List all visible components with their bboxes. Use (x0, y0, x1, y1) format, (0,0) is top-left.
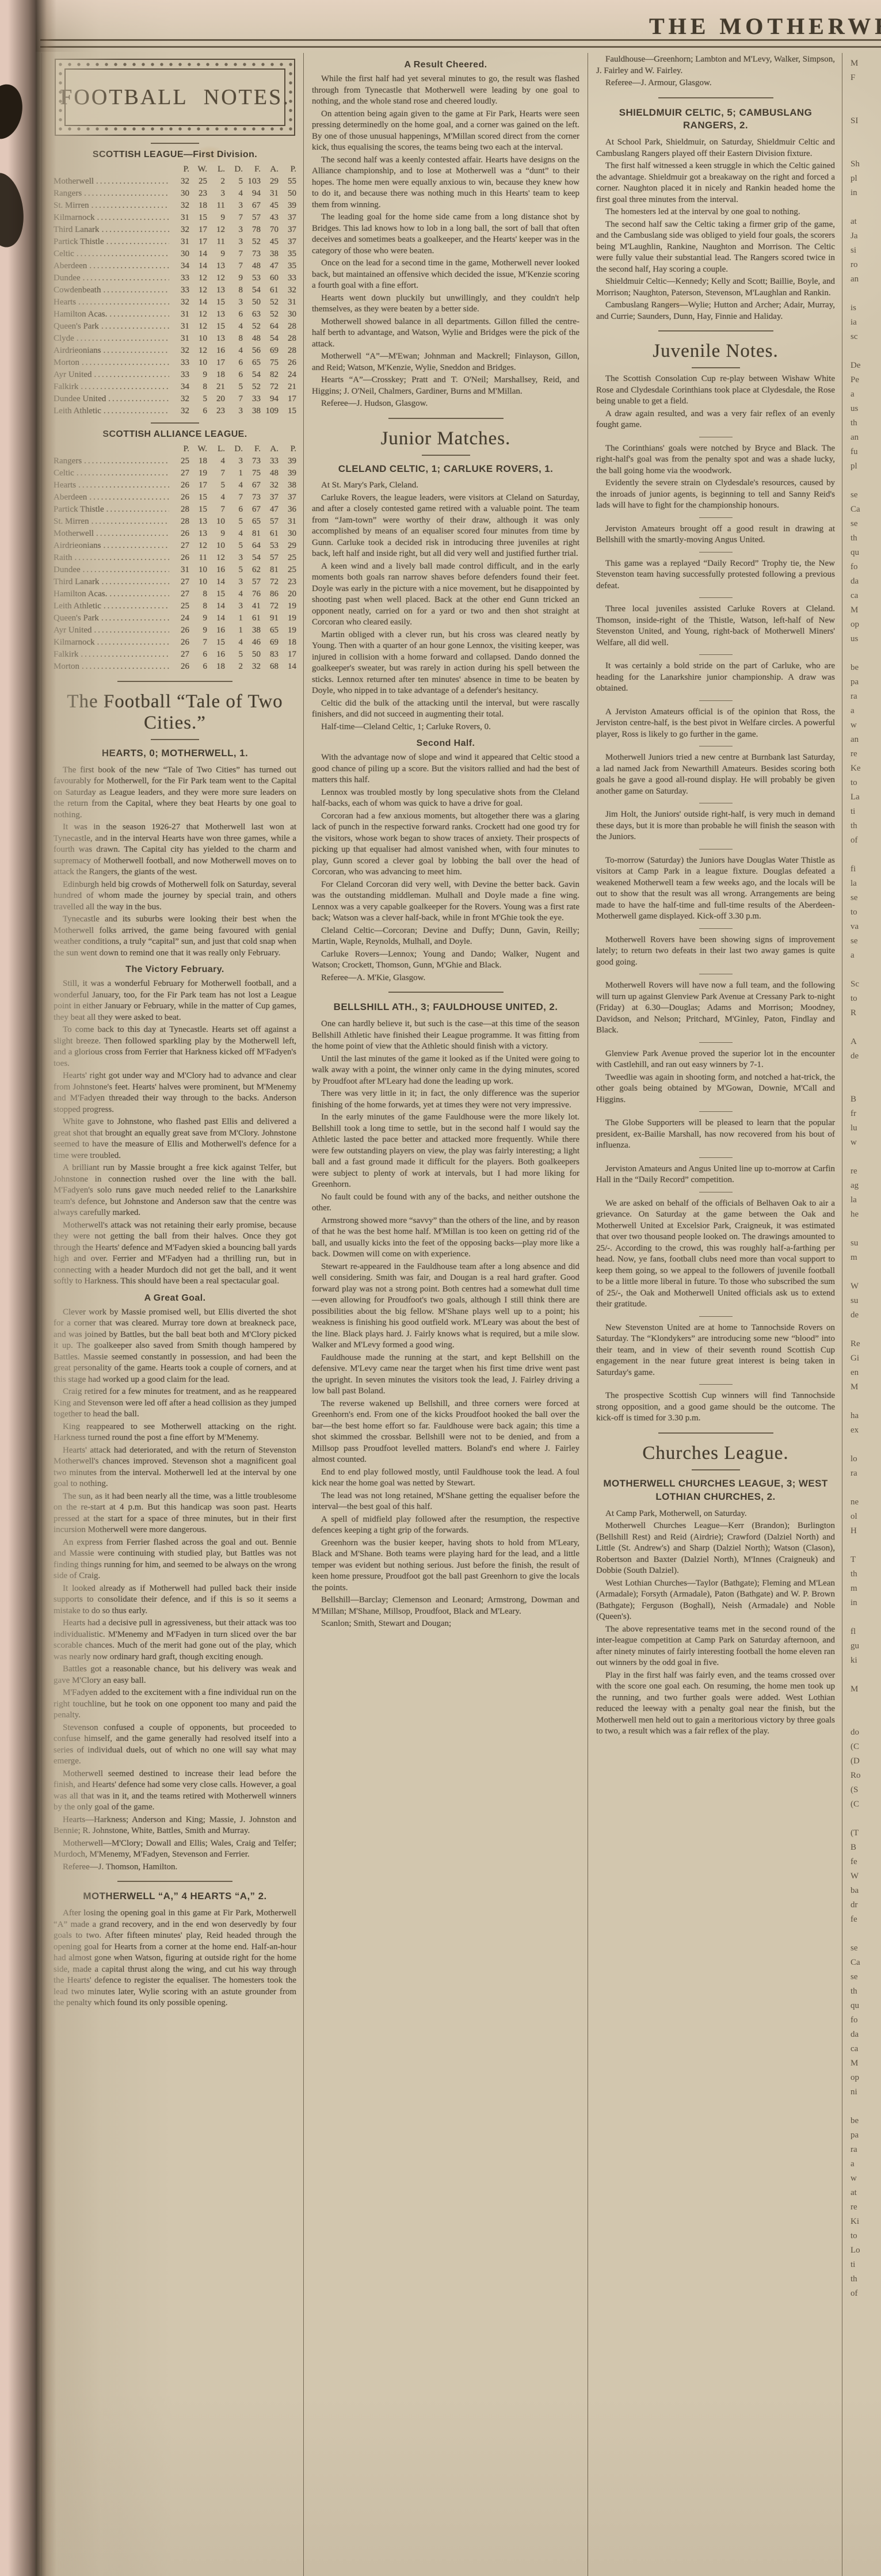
stat-value: 16 (207, 624, 225, 637)
short-divider (422, 455, 470, 456)
stat-value: 38 (243, 405, 261, 417)
stat-value: 15 (189, 491, 207, 504)
stat-value: 17 (189, 236, 207, 248)
league-table-row: Leith Athletic3262333810915 (54, 405, 296, 417)
league-table-row: Falkirk348215527221 (54, 381, 296, 393)
league-table-header: P.W.L.D.F.A.P. (54, 163, 296, 176)
league-table-row: Celtic271971754839 (54, 467, 296, 479)
stat-value: 69 (261, 345, 279, 357)
stat-value: 27 (171, 649, 189, 661)
stat-value: 45 (261, 236, 279, 248)
team-name: Airdrieonians (54, 345, 101, 357)
stat-value: 16 (207, 345, 225, 357)
stat-value: 15 (207, 637, 225, 649)
stat-value: 7 (207, 504, 225, 516)
stat-value: 26 (279, 357, 296, 369)
team-name: Hamilton Acas. (54, 588, 107, 600)
paragraph: A keen wind and a lively ball made contr… (312, 561, 579, 628)
stat-value: 13 (189, 516, 207, 528)
leader-dots (77, 333, 169, 345)
league-table-row: Airdrieonians2712105645329 (54, 540, 296, 552)
column-header: P. (171, 443, 189, 455)
stat-value: 73 (243, 491, 261, 504)
team-name: Hearts (54, 296, 76, 308)
paragraph: While the first half had yet several min… (312, 74, 579, 108)
leader-dots (78, 479, 169, 491)
stat-value: 28 (171, 504, 189, 516)
leader-dots (89, 491, 169, 504)
article-divider (658, 330, 773, 331)
team-name: Hamilton Acas. (54, 308, 107, 321)
stat-value: 10 (189, 576, 207, 588)
stat-value: 30 (279, 308, 296, 321)
stat-value: 36 (279, 504, 296, 516)
masthead-double-rule (40, 39, 881, 48)
stat-value: 9 (189, 624, 207, 637)
stat-value: 23 (279, 576, 296, 588)
stat-value: 33 (279, 272, 296, 284)
stat-value: 6 (189, 649, 207, 661)
stat-value: 3 (225, 296, 243, 308)
stat-value: 34 (171, 260, 189, 272)
column-header: D. (225, 443, 243, 455)
stat-value: 20 (279, 588, 296, 600)
team-name: Third Lanark (54, 576, 100, 588)
league-table-row: Dundee3312129536033 (54, 272, 296, 284)
team-list: Carluke Rovers—Lennox; Young and Dando; … (312, 949, 579, 971)
paragraph: The Globe Supporters will be pleased to … (596, 1118, 835, 1152)
stat-value: 19 (279, 600, 296, 612)
paragraph: Lennox was troubled mostly by long specu… (312, 787, 579, 810)
stat-value: 52 (243, 321, 261, 333)
column-header: A. (261, 443, 279, 455)
stat-value: 5 (225, 381, 243, 393)
stat-value: 9 (207, 528, 225, 540)
team-list: Motherwell “A”—M'Ewan; Johnman and Mackr… (312, 351, 579, 374)
paragraph: For Cleland Corcoran did very well, with… (312, 879, 579, 924)
cross-heading: SCOTTISH ALLIANCE LEAGUE. (54, 429, 296, 440)
article-divider (658, 1432, 773, 1434)
stat-value: 31 (171, 321, 189, 333)
stat-value: 37 (261, 491, 279, 504)
stat-value: 5 (225, 516, 243, 528)
stat-value: 46 (243, 637, 261, 649)
stat-value: 50 (243, 649, 261, 661)
paragraph: At School Park, Shieldmuir, on Saturday,… (596, 137, 835, 159)
stat-value: 8 (189, 588, 207, 600)
column-right: Fauldhouse—Greenhorn; Lambton and M'Levy… (588, 53, 842, 2576)
column-header: L. (207, 443, 225, 455)
paragraph: Until the last minutes of the game it lo… (312, 1054, 579, 1088)
football-notes-title: FOOTBALL NOTES. (60, 85, 289, 110)
column-header: P. (279, 443, 296, 455)
stat-value: 17 (207, 357, 225, 369)
stat-value: 10 (207, 540, 225, 552)
paragraph: In the early minutes of the game Fauldho… (312, 1112, 579, 1191)
column-left: FOOTBALL NOTES.SCOTTISH LEAGUE—First Div… (41, 53, 304, 2576)
leader-dots (82, 661, 169, 673)
team-list: Hearts “A”—Crosskey; Pratt and T. O'Neil… (312, 375, 579, 397)
team-list: West Lothian Churches—Taylor (Bathgate);… (596, 1578, 835, 1623)
stat-value: 12 (207, 552, 225, 564)
short-divider (692, 367, 740, 368)
stat-value: 73 (243, 248, 261, 260)
stat-value: 31 (171, 564, 189, 576)
leader-dots (96, 528, 169, 540)
paragraph: A spell of midfield play followed after … (312, 1514, 579, 1537)
stat-value: 67 (243, 504, 261, 516)
team-name: Celtic (54, 467, 74, 479)
note-divider (699, 552, 733, 552)
stat-value: 26 (171, 624, 189, 637)
team-name: Motherwell (54, 176, 94, 188)
stat-value: 32 (243, 661, 261, 673)
team-name: Aberdeen (54, 260, 87, 272)
stat-value: 7 (225, 212, 243, 224)
stat-value: 70 (261, 224, 279, 236)
stat-value: 32 (171, 200, 189, 212)
cross-heading: SCOTTISH LEAGUE—First Division. (54, 150, 296, 160)
stat-value: 15 (207, 588, 225, 600)
stat-value: 12 (189, 321, 207, 333)
note-divider (699, 597, 733, 598)
paragraph: It was in the season 1926-27 that Mother… (54, 822, 296, 878)
column-header: P. (171, 163, 189, 176)
stat-value: 32 (261, 479, 279, 491)
stat-value: 31 (171, 308, 189, 321)
stat-value: 55 (279, 176, 296, 188)
paragraph: The above representative teams met in th… (596, 1624, 835, 1669)
leader-dots (78, 296, 169, 308)
team-name: Partick Thistle (54, 236, 104, 248)
league-table-row: Kilmarnock267154466918 (54, 637, 296, 649)
match-result-heading: MOTHERWELL CHURCHES LEAGUE, 3; WEST LOTH… (600, 1477, 832, 1504)
stat-value: 3 (207, 188, 225, 200)
stat-value: 5 (207, 479, 225, 491)
stat-value: 26 (171, 552, 189, 564)
paragraph: At Camp Park, Motherwell, on Saturday. (596, 1508, 835, 1520)
stat-value: 57 (261, 552, 279, 564)
paragraph: No fault could be found with any of the … (312, 1192, 579, 1214)
paragraph: To come back to this day at Tynecastle. … (54, 1024, 296, 1069)
match-result-heading: CLELAND CELTIC, 1; CARLUKE ROVERS, 1. (315, 463, 576, 476)
leader-dots (109, 308, 169, 321)
team-list: Cleland Celtic—Corcoran; Devine and Duff… (312, 925, 579, 948)
stat-value: 57 (261, 516, 279, 528)
paragraph: The Corinthians' goals were notched by B… (596, 443, 835, 477)
leader-dots (104, 405, 169, 417)
stat-value: 50 (279, 188, 296, 200)
stat-value: 61 (243, 612, 261, 624)
paragraph: An express from Ferrier flashed across t… (54, 1537, 296, 1582)
header-spacer (54, 163, 171, 176)
referee-line: Referee—A. M'Kie, Glasgow. (312, 973, 579, 984)
match-result-heading: HEARTS, 0; MOTHERWELL, 1. (57, 747, 293, 760)
stat-value: 27 (171, 540, 189, 552)
stat-value: 2 (207, 176, 225, 188)
stat-value: 39 (279, 455, 296, 467)
league-table-row: Hamilton Acas.278154768620 (54, 588, 296, 600)
league-table-row: Aberdeen3414137484735 (54, 260, 296, 272)
stat-value: 33 (171, 357, 189, 369)
stat-value: 6 (189, 405, 207, 417)
stat-value: 39 (279, 467, 296, 479)
stat-value: 19 (279, 612, 296, 624)
stat-value: 5 (225, 540, 243, 552)
match-result-heading: BELLSHILL ATH., 3; FAULDHOUSE UNITED, 2. (315, 1001, 576, 1014)
leader-dots (94, 624, 169, 637)
note-divider (699, 974, 733, 974)
leader-dots (106, 504, 169, 516)
team-name: Leith Athletic (54, 600, 101, 612)
paragraph: Corcoran had a few anxious moments, but … (312, 811, 579, 878)
section-heading: Junior Matches. (312, 428, 579, 449)
stat-value: 94 (243, 188, 261, 200)
team-name: Dundee (54, 272, 81, 284)
team-list: Fauldhouse—Greenhorn; Lambton and M'Levy… (596, 54, 835, 77)
stat-value: 35 (279, 260, 296, 272)
leader-dots (83, 272, 169, 284)
referee-line: Referee—J. Armour, Glasgow. (596, 78, 835, 89)
paragraph: A brilliant run by Massie brought a free… (54, 1163, 296, 1219)
column-header: F. (243, 163, 261, 176)
stat-value: 24 (279, 369, 296, 381)
stat-value: 17 (279, 393, 296, 405)
stat-value: 45 (261, 200, 279, 212)
paragraph: Evidently the severe strain on Clydesdal… (596, 478, 835, 512)
league-table-row: Third Lanark2710143577223 (54, 576, 296, 588)
paragraph: Motherwell showed balance in all departm… (312, 317, 579, 350)
paragraph: New Stevenston United are at home to Tan… (596, 1323, 835, 1379)
stat-value: 31 (171, 236, 189, 248)
paragraph: Jim Holt, the Juniors' outside right-hal… (596, 809, 835, 843)
stat-value: 11 (207, 236, 225, 248)
league-table-header: P.W.L.D.F.A.P. (54, 443, 296, 455)
stat-value: 94 (261, 393, 279, 405)
section-heading: Juvenile Notes. (596, 341, 835, 362)
stat-value: 41 (243, 600, 261, 612)
stat-value: 21 (279, 381, 296, 393)
article-divider (388, 992, 504, 993)
stat-value: 15 (207, 296, 225, 308)
note-divider (699, 928, 733, 929)
stat-value: 5 (225, 649, 243, 661)
paragraph: To-morrow (Saturday) the Juniors have Do… (596, 855, 835, 923)
stat-value: 83 (261, 649, 279, 661)
stat-value: 14 (207, 612, 225, 624)
leader-dots (103, 284, 169, 296)
stat-value: 53 (243, 272, 261, 284)
paragraph: With the advantage now of slope and wind… (312, 752, 579, 786)
stat-value: 19 (189, 467, 207, 479)
masthead-title: THE MOTHERWELL (649, 13, 881, 40)
stat-value: 16 (207, 564, 225, 576)
stat-value: 18 (189, 200, 207, 212)
stat-value: 28 (279, 321, 296, 333)
stat-value: 6 (189, 661, 207, 673)
team-name: Celtic (54, 248, 74, 260)
stat-value: 6 (225, 504, 243, 516)
league-table: P.W.L.D.F.A.P.Motherwell3225251032955Ran… (54, 163, 296, 417)
team-name: Ayr United (54, 369, 92, 381)
leader-dots (101, 321, 169, 333)
stat-value: 76 (243, 588, 261, 600)
stat-value: 30 (171, 248, 189, 260)
stat-value: 25 (279, 552, 296, 564)
stat-value: 17 (189, 224, 207, 236)
stat-value: 9 (225, 272, 243, 284)
leader-dots (77, 248, 169, 260)
stat-value: 37 (279, 491, 296, 504)
note-divider (699, 746, 733, 746)
paragraph: Carluke Rovers, the league leaders, were… (312, 493, 579, 560)
stat-value: 4 (225, 528, 243, 540)
stat-value: 4 (207, 455, 225, 467)
stat-value: 32 (171, 405, 189, 417)
stat-value: 109 (261, 405, 279, 417)
team-name: Morton (54, 661, 79, 673)
stat-value: 3 (225, 455, 243, 467)
league-table-row: Queen's Park249141619119 (54, 612, 296, 624)
paragraph: Martin obliged with a clever run, but hi… (312, 630, 579, 697)
team-list: Motherwell Churches League—Kerr (Brandon… (596, 1521, 835, 1577)
stat-value: 7 (189, 637, 207, 649)
stat-value: 25 (279, 564, 296, 576)
paragraph: Jerviston Amateurs brought off a good re… (596, 524, 835, 546)
team-name: Rangers (54, 188, 82, 200)
league-table-row: Ayr United339186548224 (54, 369, 296, 381)
note-divider (699, 654, 733, 655)
leader-dots (108, 393, 169, 405)
team-name: Cowdenbeath (54, 284, 101, 296)
header-spacer (54, 443, 171, 455)
stat-value: 38 (279, 479, 296, 491)
note-divider (699, 1157, 733, 1158)
paragraph: Half-time—Cleland Celtic, 1; Carluke Rov… (312, 722, 579, 733)
paragraph: Fauldhouse made the running at the start… (312, 1352, 579, 1397)
stat-value: 13 (207, 308, 225, 321)
stat-value: 15 (189, 504, 207, 516)
leader-dots (94, 369, 169, 381)
paragraph: M'Fadyen added to the excitement with a … (54, 1687, 296, 1721)
paragraph: The second half was a keenly contested a… (312, 155, 579, 211)
stat-value: 33 (171, 272, 189, 284)
league-table-row: Third Lanark3217123787037 (54, 224, 296, 236)
leader-dots (102, 224, 169, 236)
league-table-row: Celtic301497733835 (54, 248, 296, 260)
stat-value: 86 (261, 588, 279, 600)
stat-value: 56 (243, 345, 261, 357)
stat-value: 52 (243, 381, 261, 393)
team-list: Cambuslang Rangers—Wylie; Hutton and Arc… (596, 300, 835, 322)
stat-value: 53 (261, 540, 279, 552)
stat-value: 91 (261, 612, 279, 624)
stat-value: 8 (225, 284, 243, 296)
stat-value: 8 (189, 381, 207, 393)
stat-value: 72 (261, 381, 279, 393)
stat-value: 14 (189, 260, 207, 272)
stat-value: 1 (225, 467, 243, 479)
paragraph: Play in the first half was fairly even, … (596, 1670, 835, 1737)
team-list: Bellshill—Barclay; Clemenson and Leonard… (312, 1595, 579, 1617)
note-divider (699, 700, 733, 701)
league-table-row: St. Mirren2813105655731 (54, 516, 296, 528)
section-heading: Churches League. (596, 1443, 835, 1464)
column-layout: FOOTBALL NOTES.SCOTTISH LEAGUE—First Div… (41, 53, 881, 2576)
team-list: Hearts—Harkness; Anderson and King; Mass… (54, 1815, 296, 1837)
team-name: Third Lanark (54, 224, 100, 236)
team-name: Raith (54, 552, 73, 564)
paragraph: End to end play followed mostly, until F… (312, 1467, 579, 1489)
stat-value: 5 (225, 564, 243, 576)
team-name: Partick Thistle (54, 504, 104, 516)
stat-value: 82 (261, 369, 279, 381)
league-table-row: Motherwell3225251032955 (54, 176, 296, 188)
team-name: Motherwell (54, 528, 94, 540)
stat-value: 68 (261, 661, 279, 673)
stat-value: 57 (243, 576, 261, 588)
paragraph: Hearts' attack had deteriorated, and wit… (54, 1445, 296, 1490)
stat-value: 65 (243, 357, 261, 369)
paragraph: Motherwell Rovers have been showing sign… (596, 935, 835, 969)
team-name: Hearts (54, 479, 76, 491)
stat-value: 26 (171, 528, 189, 540)
league-table-row: Motherwell261394816130 (54, 528, 296, 540)
stat-value: 47 (261, 504, 279, 516)
stat-value: 62 (243, 564, 261, 576)
stat-value: 29 (261, 176, 279, 188)
stat-value: 65 (243, 516, 261, 528)
stat-value: 14 (189, 296, 207, 308)
stat-value: 3 (225, 405, 243, 417)
stat-value: 4 (225, 321, 243, 333)
stat-value: 32 (171, 176, 189, 188)
paragraph: The homesters led at the interval by one… (596, 207, 835, 218)
column-header: W. (189, 163, 207, 176)
team-name: Dundee (54, 564, 81, 576)
paragraph: Tweedlie was again in shooting form, and… (596, 1072, 835, 1106)
stat-value: 30 (279, 528, 296, 540)
cross-heading: A Result Cheered. (312, 60, 579, 70)
team-name: Dundee United (54, 393, 106, 405)
stat-value: 10 (189, 333, 207, 345)
stat-value: 7 (207, 467, 225, 479)
column-middle: A Result Cheered.While the first half ha… (304, 53, 588, 2576)
stat-value: 3 (225, 224, 243, 236)
paragraph: Motherwell's attack was not retaining th… (54, 1220, 296, 1287)
stat-value: 14 (207, 600, 225, 612)
stat-value: 54 (243, 284, 261, 296)
stat-value: 61 (261, 284, 279, 296)
paragraph: Celtic did the bulk of the attacking unt… (312, 698, 579, 721)
stat-value: 7 (225, 491, 243, 504)
stat-value: 4 (225, 588, 243, 600)
paragraph: One can hardly believe it, but such is t… (312, 1019, 579, 1053)
stat-value: 81 (261, 564, 279, 576)
stat-value: 32 (171, 296, 189, 308)
stat-value: 50 (243, 296, 261, 308)
paragraph: Three local juveniles assisted Carluke R… (596, 604, 835, 649)
league-table-row: Ayr United269161386519 (54, 624, 296, 637)
stat-value: 9 (207, 212, 225, 224)
leader-dots (91, 200, 169, 212)
stat-value: 18 (189, 455, 207, 467)
binding-mark-icon (0, 81, 27, 142)
stat-value: 39 (279, 200, 296, 212)
stat-value: 2 (225, 661, 243, 673)
stat-value: 1 (225, 624, 243, 637)
stat-value: 64 (243, 540, 261, 552)
